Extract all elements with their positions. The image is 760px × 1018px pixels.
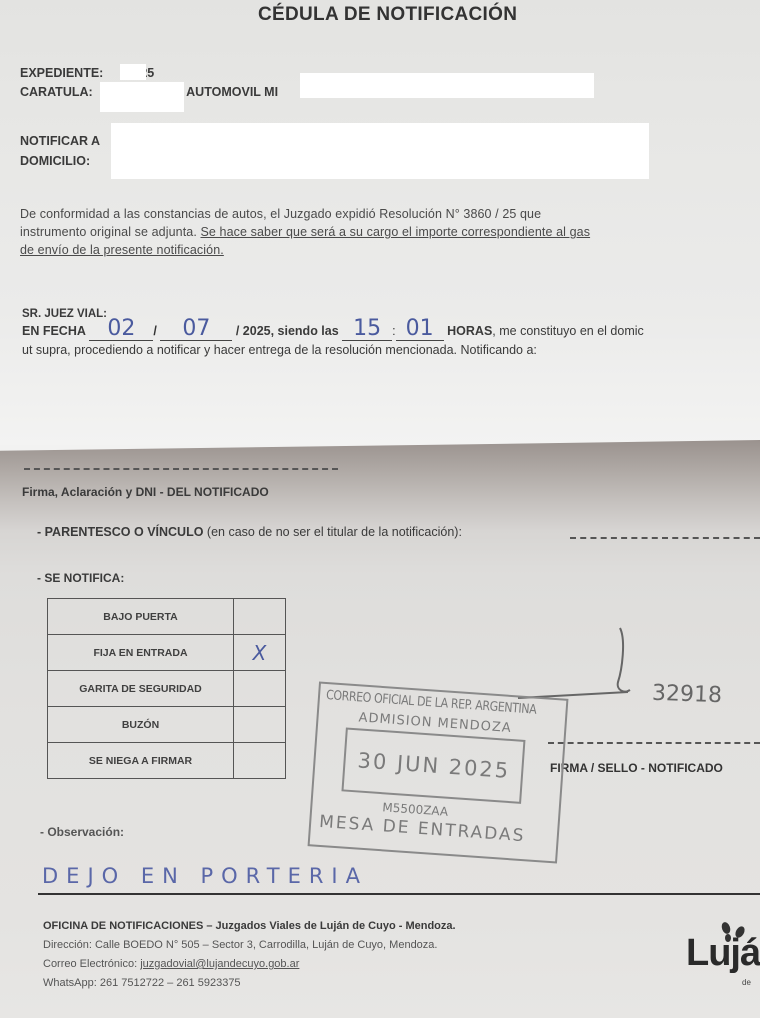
firma-sello-label: FIRMA / SELLO - NOTIFICADO [550, 761, 723, 775]
email-link[interactable]: juzgadovial@lujandecuyo.gob.ar [140, 958, 299, 970]
table-row: SE NIEGA A FIRMAR [48, 743, 286, 779]
caratula-label: CARATULA: [20, 85, 93, 99]
firma-sello-line [548, 742, 760, 744]
observacion-label: - Observación: [40, 825, 124, 839]
table-row: BAJO PUERTA [48, 599, 286, 635]
option-label: GARITA DE SEGURIDAD [48, 671, 234, 707]
observacion-value[interactable]: DEJO EN PORTERIA [42, 864, 368, 888]
option-checkbox[interactable] [234, 671, 286, 707]
table-row: BUZÓN [48, 707, 286, 743]
firma-label: Firma, Aclaración y DNI - DEL NOTIFICADO [22, 485, 269, 499]
ut-supra-text: ut supra, procediendo a notificar y hace… [22, 343, 537, 357]
document-title: CÉDULA DE NOTIFICACIÓN [258, 4, 517, 26]
option-label: SE NIEGA A FIRMAR [48, 743, 234, 779]
redaction-box [300, 73, 594, 98]
cost-notice: Se hace saber que será a su cargo el imp… [201, 225, 591, 239]
table-row: FIJA EN ENTRADAX [48, 635, 286, 671]
fecha-day-field[interactable]: 02 [89, 318, 153, 341]
footer-address: Dirección: Calle BOEDO N° 505 – Sector 3… [43, 939, 437, 951]
signature-line [24, 468, 338, 470]
table-row: GARITA DE SEGURIDAD [48, 671, 286, 707]
domicilio-label: DOMICILIO: [20, 154, 90, 168]
option-checkbox[interactable] [234, 707, 286, 743]
footer-email: Correo Electrónico: juzgadovial@lujandec… [43, 958, 299, 970]
fecha-label: EN FECHA [22, 324, 86, 338]
body-line-3: de envío de la presente notificación. [20, 243, 224, 257]
option-checkbox[interactable] [234, 599, 286, 635]
handwritten-check-mark: X [253, 641, 267, 665]
option-label: BAJO PUERTA [48, 599, 234, 635]
body-line-1: De conformidad a las constancias de auto… [20, 207, 541, 221]
fecha-month-field[interactable]: 07 [160, 318, 232, 341]
footer-whatsapp: WhatsApp: 261 7512722 – 261 5923375 [43, 977, 241, 989]
option-checkbox[interactable]: X [234, 635, 286, 671]
expediente-label: EXPEDIENTE: [20, 66, 103, 80]
notificar-label: NOTIFICAR A [20, 134, 100, 148]
hora-field[interactable]: 15 [342, 318, 392, 341]
lujan-logo-sub: de [742, 978, 751, 987]
redaction-box [100, 82, 184, 112]
parentesco-field: - PARENTESCO O VÍNCULO (en caso de no se… [37, 525, 462, 539]
fecha-year-text: / 2025, siendo las [236, 324, 339, 338]
body-line-2: instrumento original se adjunta. Se hace… [20, 225, 590, 239]
parentesco-input-line[interactable] [570, 537, 760, 539]
handwritten-number: 32918 [652, 681, 723, 708]
redaction-box [120, 64, 146, 80]
caratula-value: AUTOMOVIL MI [186, 85, 278, 99]
stamp-date: 30 JUN 2025 [357, 748, 511, 783]
footer-office: OFICINA DE NOTIFICACIONES – Juzgados Via… [43, 920, 456, 932]
postal-stamp: CORREO OFICIAL DE LA REP. ARGENTINA ADMI… [308, 681, 569, 863]
stamp-date-box: 30 JUN 2025 [341, 727, 525, 803]
option-checkbox[interactable] [234, 743, 286, 779]
horas-label: HORAS [447, 324, 492, 338]
fecha-line: EN FECHA 02/ 07 / 2025, siendo las 15:01… [22, 318, 644, 341]
minuto-field[interactable]: 01 [396, 318, 444, 341]
redaction-box [111, 123, 649, 179]
notification-method-table: BAJO PUERTA FIJA EN ENTRADAX GARITA DE S… [47, 598, 286, 779]
se-notifica-label: - SE NOTIFICA: [37, 571, 124, 585]
option-label: BUZÓN [48, 707, 234, 743]
observacion-line [38, 893, 760, 895]
lujan-logo: Luján [686, 932, 760, 975]
option-label: FIJA EN ENTRADA [48, 635, 234, 671]
